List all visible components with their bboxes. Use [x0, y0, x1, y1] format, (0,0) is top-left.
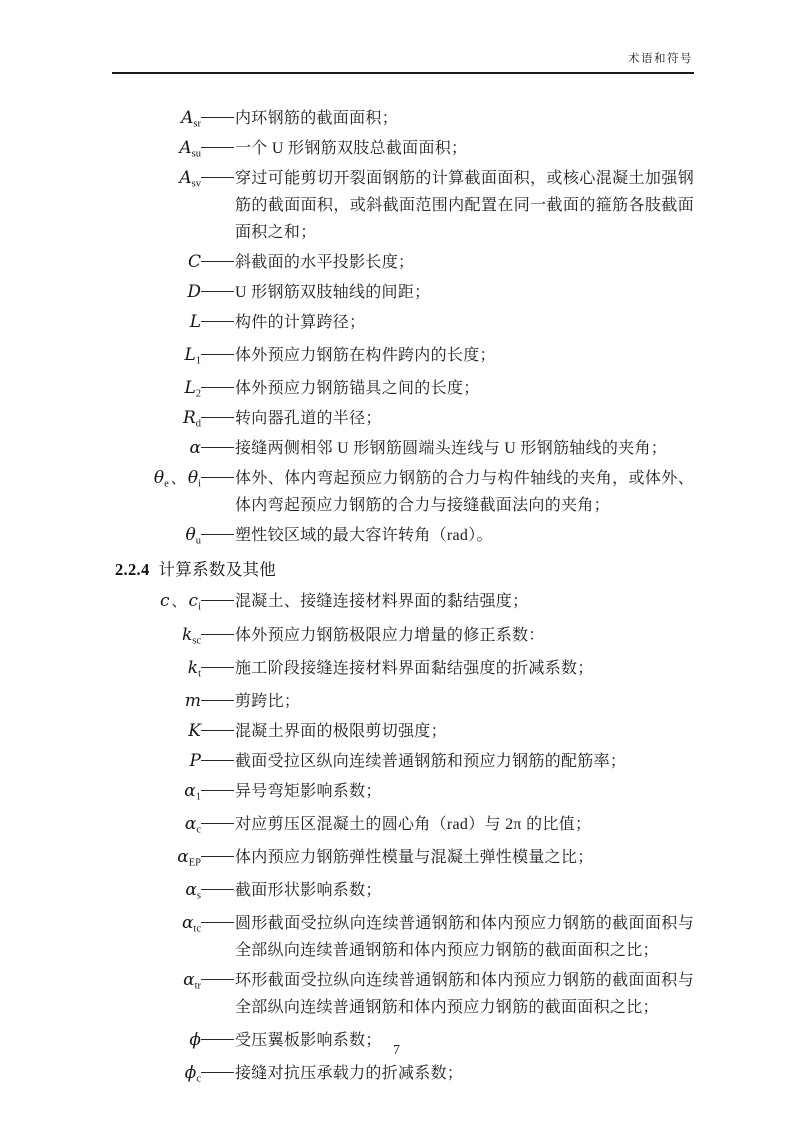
symbol: Rd [113, 404, 201, 432]
symbol: Asr [113, 104, 201, 132]
definition: 环形截面受拉纵向连续普通钢筋和体内预应力钢筋的截面面积与全部纵向连续普通钢筋和体… [235, 967, 694, 1021]
symbol: C [113, 248, 201, 276]
em-dash [201, 341, 235, 369]
symbol-entry: m剪跨比； [113, 687, 694, 715]
em-dash [201, 164, 235, 246]
symbol: θe、θi [113, 464, 201, 493]
definition: U 形钢筋双肢轴线的间距； [235, 279, 694, 306]
em-dash [201, 654, 235, 682]
symbol-entry: DU 形钢筋双肢轴线的间距； [113, 278, 694, 306]
symbol: αc [113, 810, 201, 838]
definition: 体内预应力钢筋弹性模量与混凝土弹性模量之比； [235, 844, 694, 871]
running-header: 术语和符号 [628, 50, 693, 66]
symbol: L2 [113, 374, 201, 402]
symbol-entry: αtc圆形截面受拉纵向连续普通钢筋和体内预应力钢筋的截面面积与全部纵向连续普通钢… [113, 909, 694, 964]
header-rule [112, 72, 694, 74]
em-dash [201, 810, 235, 838]
definition: 体外预应力钢筋在构件跨内的长度； [235, 342, 694, 369]
em-dash [201, 687, 235, 715]
symbol: αEP [113, 843, 201, 871]
definition: 转向器孔道的半径； [235, 405, 694, 432]
symbol-entry: Asr内环钢筋的截面面积； [113, 104, 694, 132]
symbol: Asu [113, 134, 201, 162]
symbol-entry: αtr环形截面受拉纵向连续普通钢筋和体内预应力钢筋的截面面积与全部纵向连续普通钢… [113, 966, 694, 1021]
section-heading: 2.2.4计算系数及其他 [115, 556, 694, 583]
symbol-entry: αc对应剪压区混凝土的圆心角（rad）与 2π 的比值； [113, 810, 694, 838]
em-dash [201, 104, 235, 132]
em-dash [201, 621, 235, 649]
symbol: L1 [113, 341, 201, 369]
em-dash [201, 843, 235, 871]
em-dash [201, 876, 235, 904]
definition: 体外预应力钢筋锚具之间的长度； [235, 375, 694, 402]
symbol: ϕc [113, 1059, 201, 1087]
definition: 混凝土界面的极限剪切强度； [235, 718, 694, 745]
symbol: c、ci [113, 587, 201, 616]
definition: 圆形截面受拉纵向连续普通钢筋和体内预应力钢筋的截面面积与全部纵向连续普通钢筋和体… [235, 910, 694, 964]
symbol-entry: α1异号弯矩影响系数； [113, 777, 694, 805]
definition: 一个 U 形钢筋双肢总截面面积； [235, 135, 694, 162]
symbol-entry: Rd转向器孔道的半径； [113, 404, 694, 432]
symbol-entry: α接缝两侧相邻 U 形钢筋圆端头连线与 U 形钢筋轴线的夹角； [113, 434, 694, 462]
em-dash [201, 521, 235, 549]
em-dash [201, 1059, 235, 1087]
symbol-entry: Asv穿过可能剪切开裂面钢筋的计算截面面积，或核心混凝土加强钢筋的截面面积，或斜… [113, 164, 694, 246]
symbols-list: Asr内环钢筋的截面面积；Asu一个 U 形钢筋双肢总截面面积；Asv穿过可能剪… [113, 104, 694, 1089]
em-dash [201, 248, 235, 276]
em-dash [201, 717, 235, 745]
em-dash [201, 909, 235, 964]
em-dash [201, 966, 235, 1021]
definition: 施工阶段接缝连接材料界面黏结强度的折减系数； [235, 655, 694, 682]
symbol: θu [113, 521, 201, 549]
definition: 截面受拉区纵向连续普通钢筋和预应力钢筋的配筋率； [235, 748, 694, 775]
em-dash [201, 374, 235, 402]
definition: 斜截面的水平投影长度； [235, 249, 694, 276]
symbol: K [113, 717, 201, 745]
definition: 对应剪压区混凝土的圆心角（rad）与 2π 的比值； [235, 811, 694, 838]
em-dash [201, 404, 235, 432]
em-dash [201, 278, 235, 306]
symbol-entry: L构件的计算跨径； [113, 308, 694, 336]
symbol: kt [113, 654, 201, 682]
symbol: m [113, 687, 201, 715]
symbol-entry: P截面受拉区纵向连续普通钢筋和预应力钢筋的配筋率； [113, 747, 694, 775]
em-dash [201, 747, 235, 775]
symbol-entry: ksc体外预应力钢筋极限应力增量的修正系数： [113, 621, 694, 649]
symbol-entry: C斜截面的水平投影长度； [113, 248, 694, 276]
page-number: 7 [0, 1042, 793, 1058]
symbol: α [113, 434, 201, 462]
symbol: αs [113, 876, 201, 904]
definition: 体外预应力钢筋极限应力增量的修正系数： [235, 622, 694, 649]
definition: 构件的计算跨径； [235, 309, 694, 336]
symbol: α1 [113, 777, 201, 805]
symbol-entry: L2体外预应力钢筋锚具之间的长度； [113, 374, 694, 402]
symbol: αtr [113, 966, 201, 994]
definition: 穿过可能剪切开裂面钢筋的计算截面面积，或核心混凝土加强钢筋的截面面积，或斜截面范… [235, 165, 694, 246]
em-dash [201, 587, 235, 616]
symbol-entry: kt施工阶段接缝连接材料界面黏结强度的折减系数； [113, 654, 694, 682]
em-dash [201, 434, 235, 462]
definition: 体外、体内弯起预应力钢筋的合力与构件轴线的夹角，或体外、体内弯起预应力钢筋的合力… [235, 465, 694, 519]
definition: 接缝对抗压承载力的折减系数； [235, 1060, 694, 1087]
definition: 内环钢筋的截面面积； [235, 105, 694, 132]
symbol: αtc [113, 909, 201, 937]
symbol: D [113, 278, 201, 306]
section-number: 2.2.4 [115, 560, 150, 579]
symbol-entry: K混凝土界面的极限剪切强度； [113, 717, 694, 745]
symbol: L [113, 308, 201, 336]
symbol: P [113, 747, 201, 775]
symbol-entry: θu塑性铰区域的最大容许转角（rad）。 [113, 521, 694, 549]
definition: 接缝两侧相邻 U 形钢筋圆端头连线与 U 形钢筋轴线的夹角； [235, 435, 694, 462]
em-dash [201, 464, 235, 519]
definition: 剪跨比； [235, 688, 694, 715]
definition: 异号弯矩影响系数； [235, 778, 694, 805]
symbol: Asv [113, 164, 201, 192]
symbol-entry: Asu一个 U 形钢筋双肢总截面面积； [113, 134, 694, 162]
section-title: 计算系数及其他 [159, 560, 277, 579]
symbol-entry: θe、θi体外、体内弯起预应力钢筋的合力与构件轴线的夹角，或体外、体内弯起预应力… [113, 464, 694, 519]
definition: 塑性铰区域的最大容许转角（rad）。 [235, 522, 694, 549]
symbol-entry: c、ci混凝土、接缝连接材料界面的黏结强度； [113, 587, 694, 616]
em-dash [201, 308, 235, 336]
definition: 截面形状影响系数； [235, 877, 694, 904]
document-page: 术语和符号 Asr内环钢筋的截面面积；Asu一个 U 形钢筋双肢总截面面积；As… [0, 0, 793, 1122]
symbol-entry: αs截面形状影响系数； [113, 876, 694, 904]
symbol-entry: L1体外预应力钢筋在构件跨内的长度； [113, 341, 694, 369]
em-dash [201, 134, 235, 162]
symbol: ksc [113, 621, 201, 649]
em-dash [201, 777, 235, 805]
definition: 混凝土、接缝连接材料界面的黏结强度； [235, 588, 694, 615]
symbol-entry: αEP体内预应力钢筋弹性模量与混凝土弹性模量之比； [113, 843, 694, 871]
symbol-entry: ϕc接缝对抗压承载力的折减系数； [113, 1059, 694, 1087]
